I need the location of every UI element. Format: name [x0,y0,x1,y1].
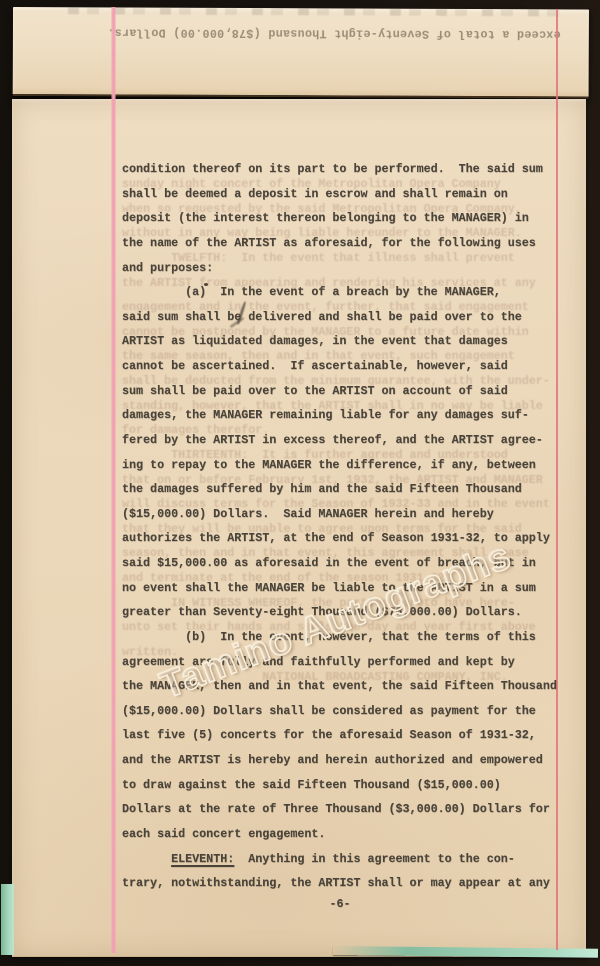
folded-top-strip: exceed a total of Seventy-eight Thousand… [13,7,589,99]
text-line: sum shall be paid over to the ARTIST on … [122,379,557,404]
text-line: ($15,000.00) Dollars shall be considered… [122,699,557,724]
text-line: deposit (the interest thereon belonging … [122,206,557,231]
mirrored-bleed-text: exceed a total of Seventy-eight Thousand… [97,23,571,43]
text-line: ARTIST as liquidated damages, in the eve… [122,329,557,354]
text-line: (a) In the event of a breach by the MANA… [122,280,557,305]
text-line: ($15,000.00) Dollars. Said MANAGER herei… [122,502,557,527]
text-line: condition thereof on its part to be perf… [122,157,557,182]
underlying-sheet-edge-left [1,884,14,955]
text-line: ELEVENTH: Anything in this agreement to … [122,847,557,872]
left-margin-rule [111,7,116,953]
text-line: fered by the ARTIST in excess thereof, a… [122,428,557,453]
text-line: Dollars at the rate of Three Thousand ($… [122,797,557,822]
cropped-mirrored-text-smudge [68,7,559,16]
text-line: said sum shall be delivered and shall be… [122,305,557,330]
text-line: the name of the ARTIST as aforesaid, for… [122,231,557,256]
typewritten-text: condition thereof on its part to be perf… [122,157,557,896]
text-line: cannot be ascertained. If ascertainable,… [122,354,557,379]
page-number: -6- [122,897,558,911]
text-line: each said concert engagement. [122,822,557,847]
text-line: trary, notwithstanding, the ARTIST shall… [122,871,557,896]
text-line: damages, the MANAGER remaining liable fo… [122,403,557,428]
scanned-contract-photo: exceed a total of Seventy-eight Thousand… [0,0,600,966]
text-line: last five (5) concerts for the aforesaid… [122,723,557,748]
ink-speck [204,283,208,286]
text-line: ing to repay to the MANAGER the differen… [122,453,557,478]
text-line: to draw against the said Fifteen Thousan… [122,773,557,798]
text-line: and the ARTIST is hereby and herein auth… [122,748,557,773]
underlined-heading: ELEVENTH: [171,852,234,866]
text-line: shall be deemed a deposit in escrow and … [122,182,557,207]
text-line: the damages suffered by him and the said… [122,477,557,502]
text-line: and purposes: [122,256,557,281]
